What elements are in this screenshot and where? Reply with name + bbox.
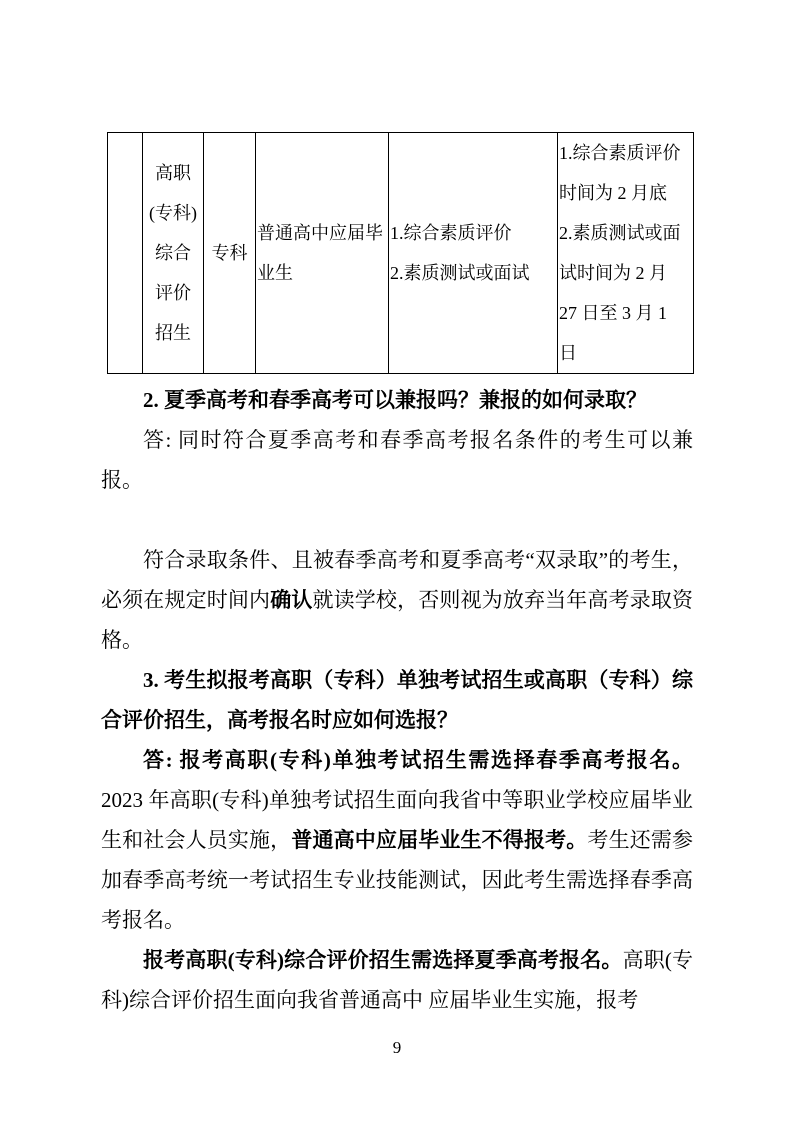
page-content: 高职 (专科) 综合 评价 招生 专科 普通高中应届毕 业生 1.综合素质评价 …: [101, 132, 693, 1020]
question-2: 2. 夏季高考和春季高考可以兼报吗？兼报的如何录取？: [101, 380, 693, 420]
table-cell-category: 高职 (专科) 综合 评价 招生: [143, 133, 204, 374]
page-number: 9: [0, 1038, 794, 1058]
table-row: 高职 (专科) 综合 评价 招生 专科 普通高中应届毕 业生 1.综合素质评价 …: [108, 133, 694, 374]
table-cell-level: 专科: [204, 133, 256, 374]
table-cell-empty: [108, 133, 143, 374]
admission-table: 高职 (专科) 综合 评价 招生 专科 普通高中应届毕 业生 1.综合素质评价 …: [107, 132, 694, 374]
question-3: 3. 考生拟报考高职（专科）单独考试招生或高职（专科）综合评价招生，高考报名时应…: [101, 660, 693, 740]
table-cell-schedule: 1.综合素质评价 时间为 2 月底 2.素质测试或面 试时间为 2 月 27 日…: [558, 133, 694, 374]
body-text: 2. 夏季高考和春季高考可以兼报吗？兼报的如何录取？ 答: 同时符合夏季高考和春…: [101, 380, 693, 1020]
answer-3: 答: 报考高职(专科)单独考试招生需选择春季高考报名。2023 年高职(专科)单…: [101, 740, 693, 940]
answer-2: 答: 同时符合夏季高考和春季高考报名条件的考生可以兼报。: [101, 420, 693, 500]
paragraph-comprehensive-eval: 报考高职(专科)综合评价招生需选择夏季高考报名。高职(专科)综合评价招生面向我省…: [101, 940, 693, 1020]
document-page: 高职 (专科) 综合 评价 招生 专科 普通高中应届毕 业生 1.综合素质评价 …: [0, 0, 794, 1123]
table-cell-eligibility: 普通高中应届毕 业生: [256, 133, 389, 374]
paragraph-dual-admission: 符合录取条件、且被春季高考和夏季高考“双录取”的考生，必须在规定时间内确认就读学…: [101, 540, 693, 660]
table-cell-test-items: 1.综合素质评价 2.素质测试或面试: [389, 133, 558, 374]
